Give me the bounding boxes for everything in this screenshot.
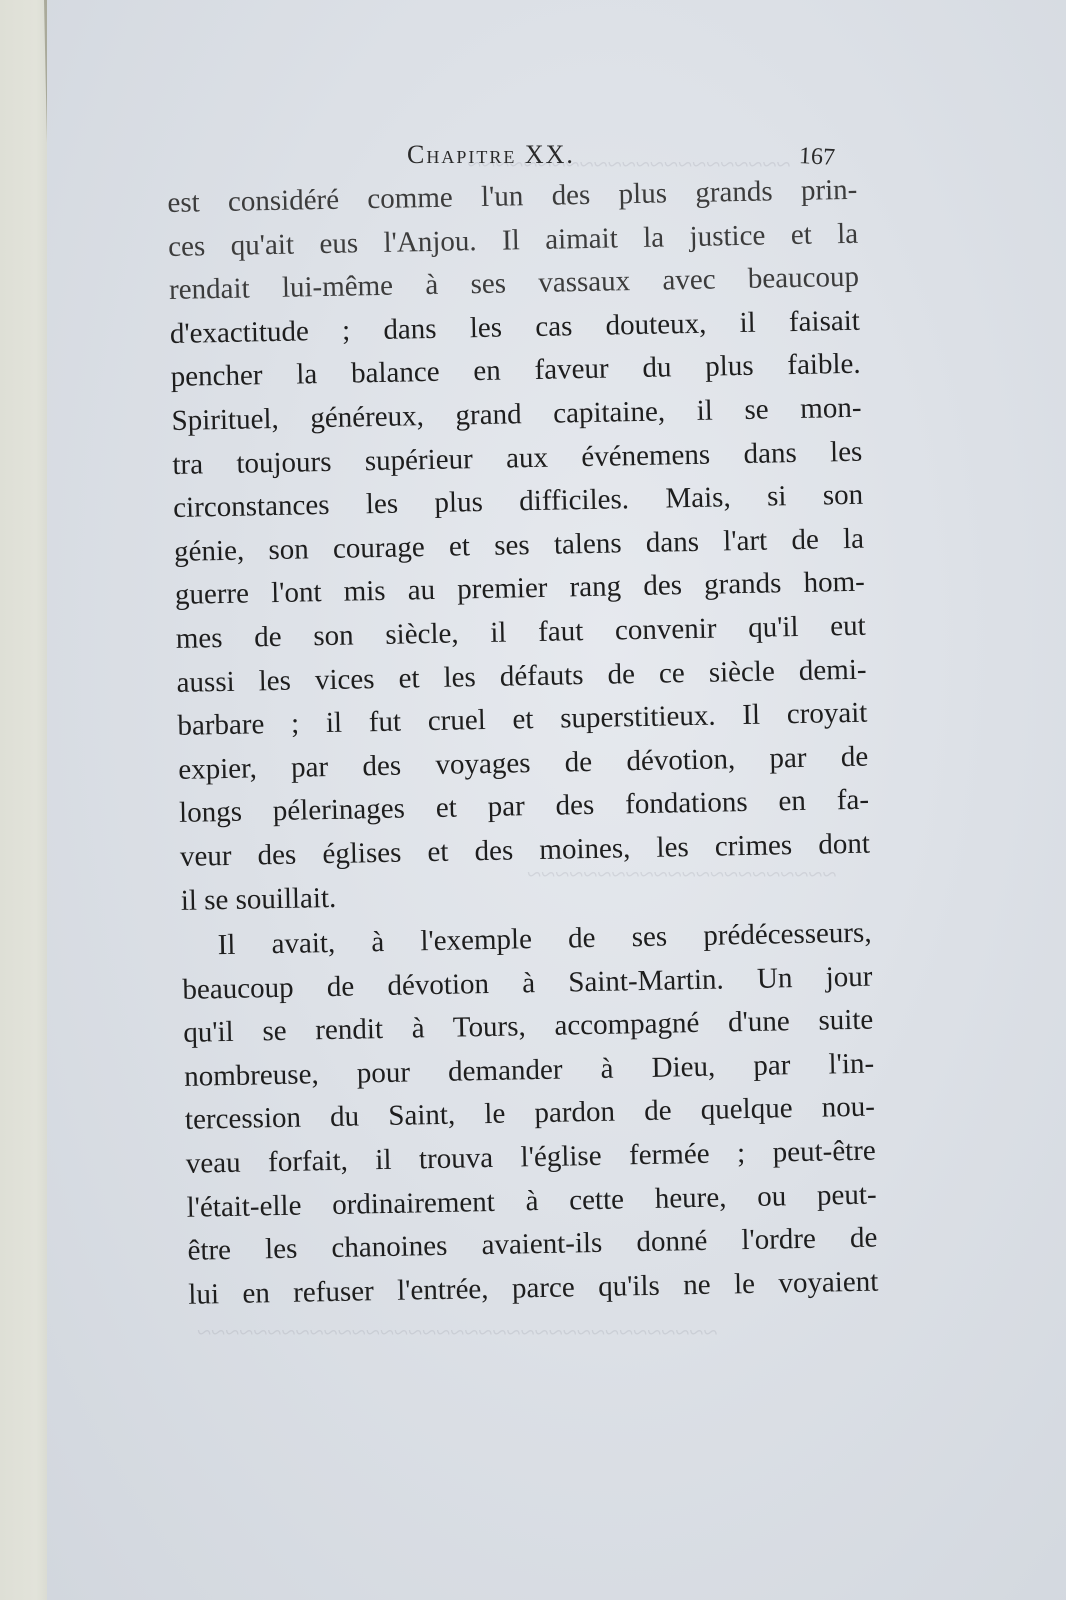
paragraph-1: est considéré comme l'un des plus grands…: [167, 168, 911, 923]
previous-page-edge: [0, 0, 52, 1600]
running-head: Chapitre XX.: [407, 140, 575, 170]
show-through-text: ~~~~~~~~~~~~~~~~~~~~~~~~~~~~~~~~~~~~~: [197, 1318, 717, 1348]
paragraph-2: Il avait, à l'exemple de ses prédécesseu…: [181, 911, 918, 1317]
book-page: ~~~~~~~~~~~~~~~~~~~~~~~ ~~~~~~~~~~~~~~~~…: [47, 0, 1066, 1600]
body-text: est considéré comme l'un des plus grands…: [167, 168, 919, 1317]
page-number: 167: [798, 143, 835, 172]
